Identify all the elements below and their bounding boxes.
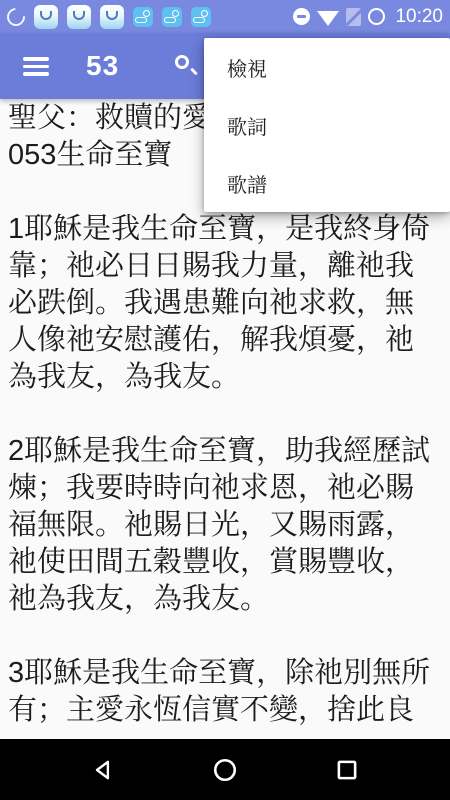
notification-icons bbox=[7, 5, 293, 29]
menu-item-view[interactable]: 檢視 bbox=[204, 38, 450, 96]
bag-handle bbox=[73, 11, 85, 20]
do-not-disturb-icon bbox=[293, 8, 310, 25]
weather-icon bbox=[133, 7, 153, 27]
hamburger-menu-icon[interactable] bbox=[23, 57, 49, 76]
bag-handle bbox=[40, 11, 52, 20]
status-bar: 10:20 bbox=[0, 0, 450, 33]
sun-glyph bbox=[143, 10, 150, 17]
app-bag-icon bbox=[34, 5, 58, 29]
cloud-glyph bbox=[135, 17, 147, 23]
weather-icon bbox=[162, 7, 182, 27]
app-bag-icon bbox=[100, 5, 124, 29]
hamburger-bar bbox=[23, 72, 49, 76]
options-popup-menu: 檢視 歌詞 歌譜 bbox=[204, 38, 450, 212]
menu-item-lyrics[interactable]: 歌詞 bbox=[204, 96, 450, 154]
clock-time: 10:20 bbox=[395, 6, 443, 28]
app-bag-icon bbox=[67, 5, 91, 29]
hamburger-bar bbox=[23, 57, 49, 61]
wifi-icon bbox=[317, 11, 339, 26]
search-lens bbox=[175, 55, 189, 69]
recents-icon[interactable] bbox=[332, 755, 362, 785]
sun-glyph bbox=[201, 10, 208, 17]
back-icon[interactable] bbox=[88, 755, 118, 785]
search-handle bbox=[190, 68, 198, 76]
verse-1: 1耶穌是我生命至寶，是我終身倚靠；祂必日日賜我力量，離祂我必跌倒。我遇患難向祂求… bbox=[8, 211, 442, 396]
weather-icon bbox=[191, 7, 211, 27]
home-icon[interactable] bbox=[210, 755, 240, 785]
android-nav-bar bbox=[0, 739, 450, 800]
verse-2: 2耶穌是我生命至寶，助我經歷試煉；我要時時向祂求恩，祂必賜福無限。祂賜日光，又賜… bbox=[8, 433, 442, 618]
sync-spinner-icon bbox=[3, 4, 28, 29]
hamburger-bar bbox=[23, 65, 49, 69]
cloud-glyph bbox=[164, 17, 176, 23]
verse-3: 3耶穌是我生命至寶，除祂別無所有；主愛永恆信實不變，捨此良 bbox=[8, 655, 442, 729]
search-icon[interactable] bbox=[173, 54, 201, 82]
minus-glyph bbox=[297, 15, 306, 18]
cloud-glyph bbox=[193, 17, 205, 23]
sun-glyph bbox=[172, 10, 179, 17]
song-number-title: 53 bbox=[86, 50, 119, 82]
bag-handle bbox=[106, 11, 118, 20]
menu-item-score[interactable]: 歌譜 bbox=[204, 154, 450, 212]
battery-circle-icon bbox=[368, 8, 385, 25]
system-status-icons: 10:20 bbox=[293, 6, 443, 28]
no-sim-icon bbox=[346, 8, 361, 26]
